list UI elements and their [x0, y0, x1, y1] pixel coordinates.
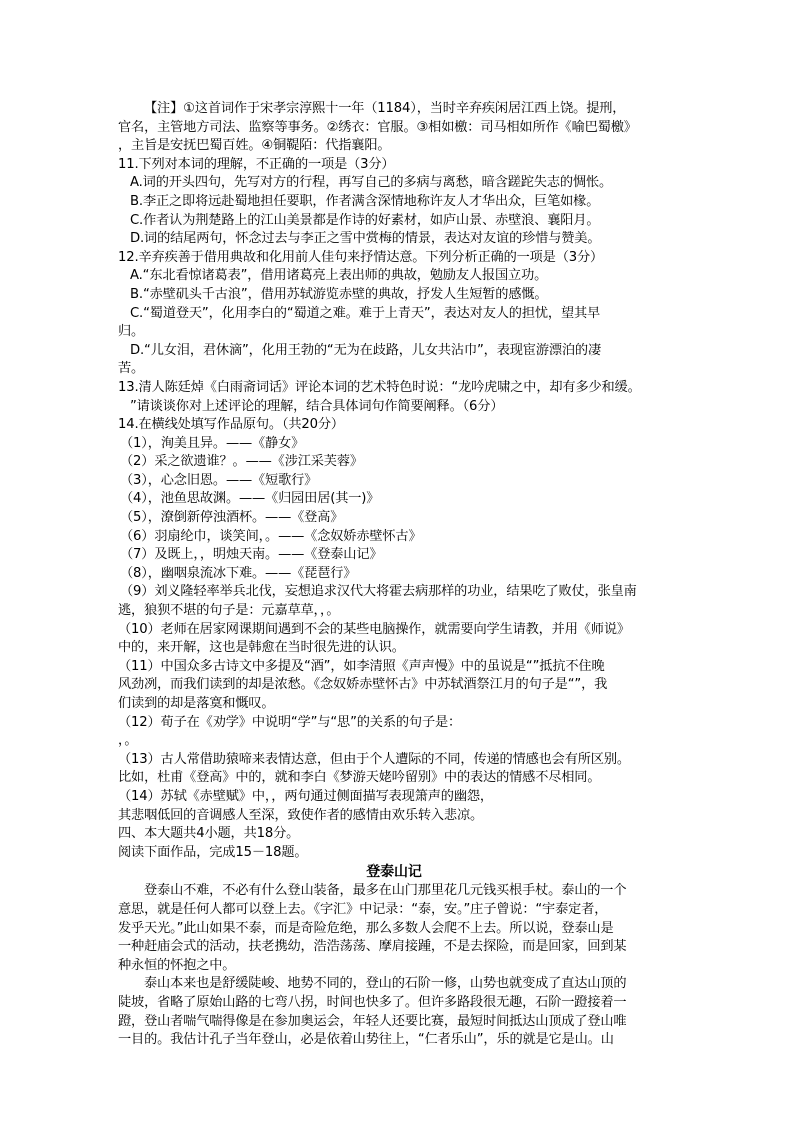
fill-item-7: （7）及既上，，明烛天南。——《登泰山记》	[118, 546, 670, 565]
note-line: 官名，主管地方司法、监察等事务。②绣衣：官服。③相如檄：司马相如所作《喻巴蜀檄》	[118, 119, 670, 138]
option-d-continued: 苦。	[118, 360, 670, 379]
option-d: D.词的结尾两句，怀念过去与李正之雪中赏梅的情景，表达对友谊的珍惜与赞美。	[118, 230, 670, 249]
option-d: D.“儿女泪，君休滴”，化用王勃的“无为在歧路，儿女共沾巾”，表现宦游漂泊的凄	[118, 342, 670, 361]
option-c: C.“蜀道登天”，化用李白的“蜀道之难。难于上青天”，表达对友人的担忧，望其早	[118, 305, 670, 324]
paragraph-line: 泰山本来也是舒缓陡峻、地势不同的，登山的石阶一修，山势也就变成了直达山顶的	[118, 975, 670, 994]
question-14: 14.在横线处填写作品原句。（共20分） （1），洵美且异。——《静女》 （2）…	[118, 416, 670, 825]
paragraph-line: 一种赶庙会式的活动，扶老携幼，浩浩荡荡、摩肩接踵，不是去探险，而是回家，回到某	[118, 938, 670, 957]
fill-item-14-continued: 其悲咽低回的音调感人至深，致使作者的感情由欢乐转入悲凉。	[118, 807, 670, 826]
fill-item-5: （5），潦倒新停浊酒杯。——《登高》	[118, 509, 670, 528]
paragraph-line: 蹬，登山者喘气喘得像是在参加奥运会，年轻人还要比赛，最短时间抵达山顶成了登山唯	[118, 1013, 670, 1032]
fill-item-11-continued: 们读到的却是落寞和慨叹。	[118, 695, 670, 714]
paragraph-line: 意思，就是任何人都可以登上去。《字汇》中记录：“泰，安。”庄子曾说：“宇泰定者，	[118, 901, 670, 920]
passage-title: 登泰山记	[118, 862, 670, 882]
section-instruction: 阅读下面作品，完成15－18题。	[118, 844, 670, 863]
fill-item-13-continued: 比如，杜甫《登高》中的，就和李白《梦游天姥吟留别》中的表达的情感不尽相同。	[118, 769, 670, 788]
fill-item-6: （6）羽扇纶巾，谈笑间，。——《念奴娇赤壁怀古》	[118, 528, 670, 547]
fill-item-13: （13）古人常借助猿啼来表情达意，但由于个人遭际的不同，传递的情感也会有所区别。	[118, 751, 670, 770]
question-stem: 12.辛弃疾善于借用典故和化用前人佳句来抒情达意。下列分析正确的一项是（3分）	[118, 249, 670, 268]
fill-item-11-continued: 风劲冽，而我们读到的却是浓愁。《念奴娇赤壁怀古》中苏轼酒祭江月的句子是“”，我	[118, 676, 670, 695]
document-page: 【注】①这首词作于宋孝宗淳熙十一年（1184），当时辛弃疾闲居江西上饶。提刑， …	[118, 100, 670, 1050]
paragraph-line: 种永恒的怀抱之中。	[118, 957, 670, 976]
fill-item-4: （4），池鱼思故渊。——《归园田居(其一)》	[118, 490, 670, 509]
option-a: A.“东北看惊诸葛表”，借用诸葛亮上表出师的典故，勉励友人报国立功。	[118, 267, 670, 286]
question-stem-continued: ”请谈谈你对上述评论的理解，结合具体词句作简要阐释。（6分）	[118, 398, 670, 417]
question-11: 11.下列对本词的理解，不正确的一项是（3分） A.词的开头四句，先写对方的行程…	[118, 156, 670, 249]
section-four: 四、本大题共4小题，共18分。 阅读下面作品，完成15－18题。	[118, 825, 670, 862]
passage-paragraph-2: 泰山本来也是舒缓陡峻、地势不同的，登山的石阶一修，山势也就变成了直达山顶的 陡坡…	[118, 975, 670, 1049]
fill-item-14: （14）苏轼《赤壁赋》中，，两句通过侧面描写表现箫声的幽怨，	[118, 788, 670, 807]
option-c: C.作者认为荆楚路上的江山美景都是作诗的好素材，如庐山景、赤壁浪、襄阳月。	[118, 212, 670, 231]
passage-paragraph-1: 登泰山不难，不必有什么登山装备，最多在山门那里花几元钱买根手杖。泰山的一个 意思…	[118, 882, 670, 975]
fill-item-1: （1），洵美且异。——《静女》	[118, 435, 670, 454]
fill-item-2: （2）采之欲遗谁？。——《涉江采芙蓉》	[118, 453, 670, 472]
fill-item-8: （8），幽咽泉流冰下难。——《琵琶行》	[118, 565, 670, 584]
fill-item-9-continued: 逃，狼狈不堪的句子是：元嘉草草，，。	[118, 602, 670, 621]
option-b: B.“赤壁矶头千古浪”，借用苏轼游览赤壁的典故，抒发人生短暂的感慨。	[118, 286, 670, 305]
fill-item-3: （3），心念旧恩。——《短歌行》	[118, 472, 670, 491]
fill-item-11: （11）中国众多古诗文中多提及“酒”，如李清照《声声慢》中的虽说是“”抵抗不住晚	[118, 658, 670, 677]
paragraph-line: 发乎天光。”此山如果不泰，而是奇险危绝，那么多数人会爬不上去。所以说，登泰山是	[118, 920, 670, 939]
fill-item-12-continued: ，。	[118, 732, 670, 751]
fill-item-10: （10）老师在居家网课期间遇到不会的某些电脑操作，就需要向学生请教，并用《师说》	[118, 621, 670, 640]
option-c-continued: 归。	[118, 323, 670, 342]
question-stem: 13.清人陈廷焯《白雨斋词话》评论本词的艺术特色时说：“龙吟虎啸之中，却有多少和…	[118, 379, 670, 398]
question-stem: 14.在横线处填写作品原句。（共20分）	[118, 416, 670, 435]
reading-passage: 登泰山记 登泰山不难，不必有什么登山装备，最多在山门那里花几元钱买根手杖。泰山的…	[118, 862, 670, 1049]
question-13: 13.清人陈廷焯《白雨斋词话》评论本词的艺术特色时说：“龙吟虎啸之中，却有多少和…	[118, 379, 670, 416]
annotation-note: 【注】①这首词作于宋孝宗淳熙十一年（1184），当时辛弃疾闲居江西上饶。提刑， …	[118, 100, 670, 156]
paragraph-line: 一目的。我估计孔子当年登山，必是依着山势往上，“仁者乐山”，乐的就是它是山。山	[118, 1031, 670, 1050]
fill-item-12: （12）荀子在《劝学》中说明“学”与“思”的关系的句子是：	[118, 714, 670, 733]
option-b: B.李正之即将远赴蜀地担任要职，作者满含深情地称许友人才华出众，巨笔如椽。	[118, 193, 670, 212]
question-12: 12.辛弃疾善于借用典故和化用前人佳句来抒情达意。下列分析正确的一项是（3分） …	[118, 249, 670, 379]
question-stem: 11.下列对本词的理解，不正确的一项是（3分）	[118, 156, 670, 175]
option-a: A.词的开头四句，先写对方的行程，再写自己的多病与离愁，暗含蹉跎失志的惆怅。	[118, 174, 670, 193]
fill-item-9: （9）刘义隆轻率举兵北伐，妄想追求汉代大将霍去病那样的功业，结果吃了败仗，张皇南	[118, 583, 670, 602]
note-line: 【注】①这首词作于宋孝宗淳熙十一年（1184），当时辛弃疾闲居江西上饶。提刑，	[118, 100, 670, 119]
section-heading: 四、本大题共4小题，共18分。	[118, 825, 670, 844]
fill-item-10-continued: 中的，来开解，这也是韩愈在当时很先进的认识。	[118, 639, 670, 658]
paragraph-line: 陡坡，省略了原始山路的七弯八拐，时间也快多了。但许多路段很无趣，石阶一蹬接着一	[118, 994, 670, 1013]
note-line: ，主旨是安抚巴蜀百姓。④铜鞮陌：代指襄阳。	[118, 137, 670, 156]
paragraph-line: 登泰山不难，不必有什么登山装备，最多在山门那里花几元钱买根手杖。泰山的一个	[118, 882, 670, 901]
